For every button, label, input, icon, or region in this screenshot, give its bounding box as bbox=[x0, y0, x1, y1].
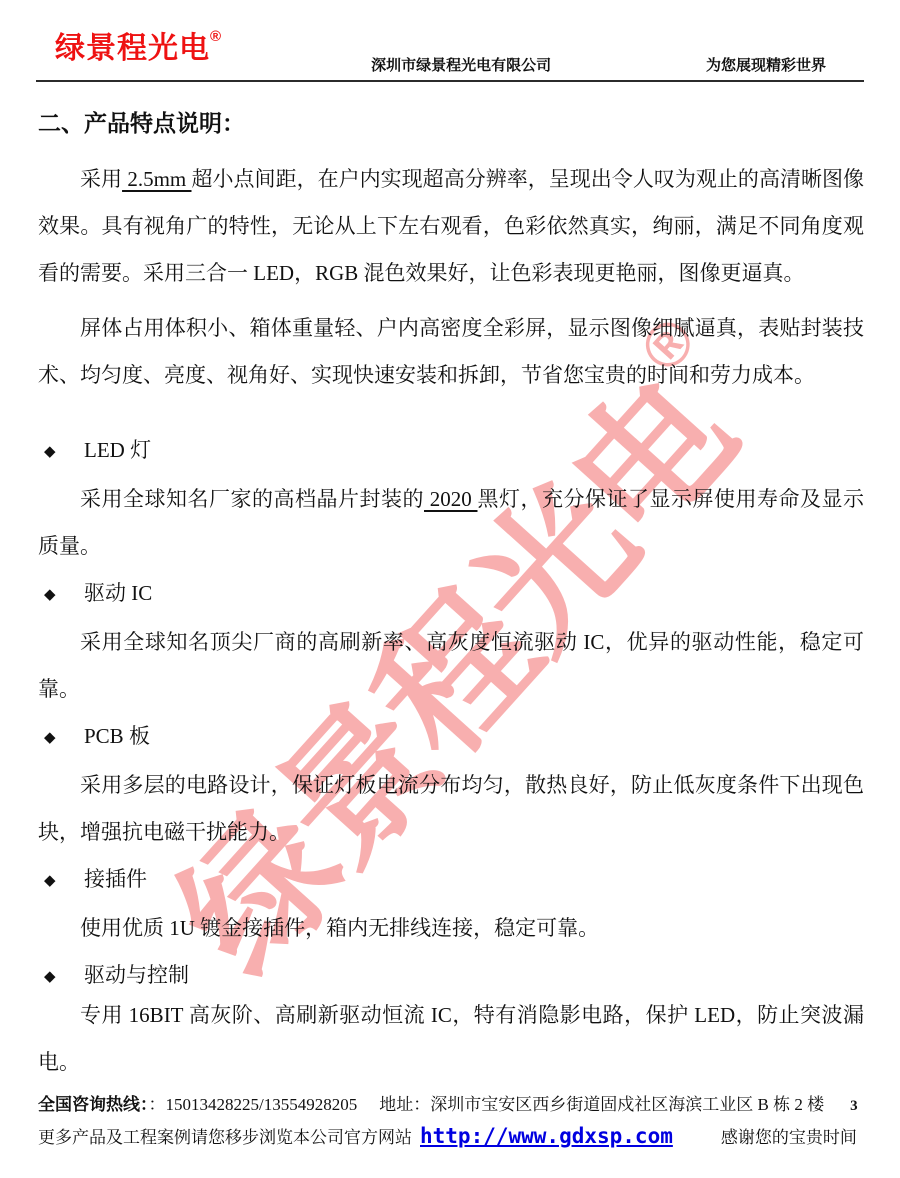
footer-line-website: 更多产品及工程案例请您移步浏览本公司官方网站http://www.gdxsp.c… bbox=[38, 1121, 870, 1153]
thanks-text: 感谢您的宝贵时间 bbox=[721, 1128, 857, 1147]
feature-connectors-body: 使用优质 1U 镀金接插件，箱内无排线连接，稳定可靠。 bbox=[38, 905, 864, 952]
feature-text: 采用多层的电路设计，保证灯板电流分布均匀，散热良好，防止低灰度条件下出现色块，增… bbox=[38, 773, 864, 844]
company-logo: 绿景程光电® bbox=[55, 29, 221, 64]
footer-line-contact: 全国咨询热线：：15013428225/13554928205地址：深圳市宝安区… bbox=[38, 1090, 870, 1121]
diamond-bullet-icon: ◆ bbox=[38, 429, 84, 476]
diamond-bullet-icon: ◆ bbox=[38, 572, 84, 619]
feature-text: 使用优质 1U 镀金接插件，箱内无排线连接，稳定可靠。 bbox=[80, 916, 599, 940]
diamond-bullet-icon: ◆ bbox=[38, 715, 84, 762]
feature-label: PCB 板 bbox=[84, 724, 150, 748]
website-link[interactable]: http://www.gdxsp.com bbox=[420, 1124, 673, 1148]
feature-driver-ic-body: 采用全球知名顶尖厂商的高刷新率、高灰度恒流驱动 IC，优异的驱动性能，稳定可靠。 bbox=[38, 619, 864, 713]
feature-pcb-board-body: 采用多层的电路设计，保证灯板电流分布均匀，散热良好，防止低灰度条件下出现色块，增… bbox=[38, 762, 864, 856]
feature-label: 驱动与控制 bbox=[84, 963, 189, 987]
document-body: 二、产品特点说明： 采用 2.5mm 超小点间距，在户内实现超高分辨率，呈现出令… bbox=[38, 104, 864, 1086]
logo-text: 绿景程光电 bbox=[55, 32, 210, 65]
document-page: 绿景程光电® 绿景程光电® 深圳市绿景程光电有限公司 为您展现精彩世界 二、产品… bbox=[0, 0, 900, 1178]
header-company-name: 深圳市绿景程光电有限公司 bbox=[371, 54, 551, 75]
company-address: 地址：深圳市宝安区西乡街道固戍社区海滨工业区 B 栋 2 楼 bbox=[379, 1095, 824, 1114]
page-header: 绿景程光电® 深圳市绿景程光电有限公司 为您展现精彩世界 bbox=[36, 0, 864, 82]
feature-led-lamp: ◆LED 灯 bbox=[38, 427, 864, 476]
feature-connectors: ◆接插件 bbox=[38, 856, 864, 905]
page-footer: 全国咨询热线：：15013428225/13554928205地址：深圳市宝安区… bbox=[38, 1090, 870, 1153]
underlined-value-led-model: 2020 bbox=[424, 487, 478, 511]
hotline-numbers: ：15013428225/13554928205 bbox=[149, 1095, 358, 1114]
section-title: 二、产品特点说明： bbox=[38, 104, 864, 144]
feature-text: 专用 16BIT 高灰阶、高刷新驱动恒流 IC，特有消隐影电路，保护 LED，防… bbox=[38, 1003, 864, 1074]
paragraph-text: 采用 bbox=[80, 167, 122, 191]
page-number: 3 bbox=[850, 1098, 858, 1114]
diamond-bullet-icon: ◆ bbox=[38, 858, 84, 905]
feature-text: 采用全球知名顶尖厂商的高刷新率、高灰度恒流驱动 IC，优异的驱动性能，稳定可靠。 bbox=[38, 630, 864, 701]
feature-label: LED 灯 bbox=[84, 438, 151, 462]
hotline-label: 全国咨询热线： bbox=[38, 1095, 149, 1114]
website-prompt: 更多产品及工程案例请您移步浏览本公司官方网站 bbox=[38, 1128, 412, 1147]
feature-pcb-board: ◆PCB 板 bbox=[38, 713, 864, 762]
feature-led-lamp-body: 采用全球知名厂家的高档晶片封装的 2020 黑灯，充分保证了显示屏使用寿命及显示… bbox=[38, 476, 864, 570]
feature-drive-control-body: 专用 16BIT 高灰阶、高刷新驱动恒流 IC，特有消隐影电路，保护 LED，防… bbox=[38, 992, 864, 1086]
feature-driver-ic: ◆驱动 IC bbox=[38, 570, 864, 619]
feature-label: 驱动 IC bbox=[84, 581, 152, 605]
paragraph-cabinet: 屏体占用体积小、箱体重量轻、户内高密度全彩屏，显示图像细腻逼真，表贴封装技术、均… bbox=[38, 305, 864, 399]
paragraph-resolution: 采用 2.5mm 超小点间距，在户内实现超高分辨率，呈现出令人叹为观止的高清晰图… bbox=[38, 156, 864, 297]
header-slogan: 为您展现精彩世界 bbox=[706, 54, 826, 75]
logo-registered-trademark-icon: ® bbox=[210, 28, 221, 45]
underlined-value-pitch: 2.5mm bbox=[122, 167, 191, 191]
feature-text: 采用全球知名厂家的高档晶片封装的 bbox=[80, 487, 424, 511]
feature-label: 接插件 bbox=[84, 867, 147, 891]
spacer bbox=[38, 407, 864, 427]
diamond-bullet-icon: ◆ bbox=[38, 954, 84, 1001]
